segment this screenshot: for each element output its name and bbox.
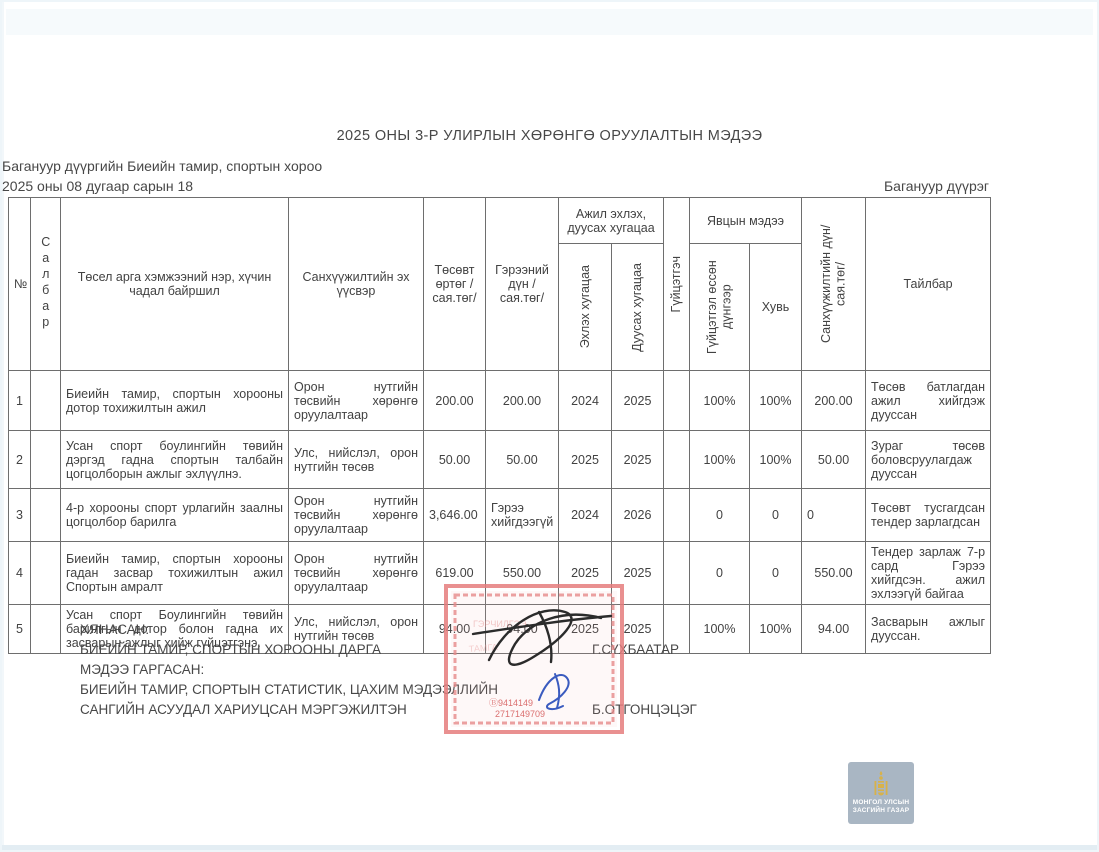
cell-cumulative: 100% (690, 431, 750, 489)
cell-sector (31, 489, 61, 542)
cell-sector (31, 542, 61, 605)
col-header-remarks: Тайлбар (866, 198, 991, 371)
cell-budget: 200.00 (424, 371, 486, 431)
cell-num: 3 (9, 489, 31, 542)
cell-contractor (664, 371, 690, 431)
cell-remarks: Засварын ажлыг дууссан. (866, 605, 991, 654)
cell-project: 4-р хорооны спорт урлагийн заалны цогцол… (61, 489, 289, 542)
cell-contractor (664, 489, 690, 542)
cell-financing: 550.00 (802, 542, 866, 605)
cell-remarks: Зураг төсөв боловсруулагдаж дууссан (866, 431, 991, 489)
cell-project: Усан спорт боулингийн төвийн дэргэд гадн… (61, 431, 289, 489)
organization-line: Багануур дүүргийн Биеийн тамир, спортын … (2, 158, 322, 174)
cell-start: 2025 (559, 542, 612, 605)
cell-funding: Орон нутгийн төсвийн хөрөнгө оруулалтаар (289, 489, 424, 542)
cell-contractor (664, 431, 690, 489)
investment-report-table: № Салбар Төсел арга хэмжээний нэр, хүчин… (8, 197, 991, 654)
col-header-percent: Хувь (750, 244, 802, 371)
government-logo: МОНГОЛ УЛСЫН ЗАСГИЙН ГАЗАР (848, 762, 914, 824)
reviewed-label: ХЯНАСАН: (80, 620, 780, 640)
col-header-start: Эхлэх хугацаа (559, 244, 612, 371)
signature-block: ХЯНАСАН: БИЕИЙН ТАМИР, СПОРТЫН ХОРООНЫ Д… (80, 620, 780, 720)
cell-funding: Улс, нийслэл, орон нутгийн төсөв (289, 431, 424, 489)
cell-financing: 50.00 (802, 431, 866, 489)
col-header-funding-source: Санхүүжилтийн эх үүсвэр (289, 198, 424, 371)
cell-remarks: Төсөвт тусгагдсан тендер зарлагдсан (866, 489, 991, 542)
cell-project: Биеийн тамир, спортын хорооны гадан засв… (61, 542, 289, 605)
cell-project: Биеийн тамир, спортын хорооны дотор тохи… (61, 371, 289, 431)
cell-sector (31, 371, 61, 431)
col-header-contractor: Гүйцэтгэч (664, 198, 690, 371)
cell-financing: 0 (802, 489, 866, 542)
col-header-financing: Санхүүжилтийн дүн/сая.төг/ (802, 198, 866, 371)
cell-start: 2024 (559, 489, 612, 542)
col-header-progress-cumulative: Гүйцэтгэл өссөн дүнгээр (690, 244, 750, 371)
scan-artifact-band (6, 9, 1093, 35)
district-label: Багануур дүүрэг (884, 178, 989, 194)
col-header-contract-amount: Гэрээний дүн /сая.төг/ (486, 198, 559, 371)
cell-percent: 100% (750, 431, 802, 489)
cell-num: 5 (9, 605, 31, 654)
cell-start: 2024 (559, 371, 612, 431)
col-header-budget-cost: Төсөвт өртөг /сая.төг/ (424, 198, 486, 371)
table-row: 2 Усан спорт боулингийн төвийн дэргэд га… (9, 431, 991, 489)
prepared-label: МЭДЭЭ ГАРГАСАН: (80, 660, 780, 680)
col-header-period-group: Ажил эхлэх, дуусах хугацаа (559, 198, 664, 244)
col-header-project: Төсел арга хэмжээний нэр, хүчин чадал ба… (61, 198, 289, 371)
cell-budget: 50.00 (424, 431, 486, 489)
cell-end: 2025 (612, 431, 664, 489)
cell-sector (31, 431, 61, 489)
cell-start: 2025 (559, 431, 612, 489)
col-header-num: № (9, 198, 31, 371)
cell-percent: 100% (750, 371, 802, 431)
cell-num: 4 (9, 542, 31, 605)
cell-contract: 200.00 (486, 371, 559, 431)
prepared-title-line1: БИЕИЙН ТАМИР, СПОРТЫН СТАТИСТИК, ЦАХИМ М… (80, 680, 780, 700)
cell-contract: Гэрээ хийгдээгүй (486, 489, 559, 542)
cell-budget: 3,646.00 (424, 489, 486, 542)
cell-budget: 619.00 (424, 542, 486, 605)
table-row: 3 4-р хорооны спорт урлагийн заалны цогц… (9, 489, 991, 542)
cell-remarks: Тендер зарлаж 7-р сард Гэрээ хийгдсэн. а… (866, 542, 991, 605)
table-row: 4 Биеийн тамир, спортын хорооны гадан за… (9, 542, 991, 605)
table-row: 1 Биеийн тамир, спортын хорооны дотор то… (9, 371, 991, 431)
cell-contract: 50.00 (486, 431, 559, 489)
cell-num: 2 (9, 431, 31, 489)
cell-cumulative: 0 (690, 489, 750, 542)
cell-funding: Орон нутгийн төсвийн хөрөнгө оруулалтаар (289, 542, 424, 605)
cell-end: 2026 (612, 489, 664, 542)
cell-funding: Орон нутгийн төсвийн хөрөнгө оруулалтаар (289, 371, 424, 431)
logo-text-line1: МОНГОЛ УЛСЫН (853, 799, 910, 807)
cell-percent: 0 (750, 542, 802, 605)
col-header-progress-group: Явцын мэдээ (690, 198, 802, 244)
cell-cumulative: 100% (690, 371, 750, 431)
col-header-sector: Салбар (31, 198, 61, 371)
logo-text-line2: ЗАСГИЙН ГАЗАР (853, 807, 910, 815)
document-title: 2025 ОНЫ 3-Р УЛИРЛЫН ХӨРӨНГӨ ОРУУЛАЛТЫН … (0, 128, 1099, 144)
prepared-name: Б.ОТГОНЦЭЦЭГ (592, 700, 697, 720)
cell-num: 1 (9, 371, 31, 431)
cell-contractor (664, 542, 690, 605)
cell-financing: 200.00 (802, 371, 866, 431)
col-header-end: Дуусах хугацаа (612, 244, 664, 371)
report-date-line: 2025 оны 08 дугаар сарын 18 (2, 178, 193, 194)
cell-sector (31, 605, 61, 654)
cell-remarks: Төсөв батлагдан ажил хийгдэж дууссан (866, 371, 991, 431)
cell-financing: 94.00 (802, 605, 866, 654)
cell-end: 2025 (612, 371, 664, 431)
cell-contract: 550.00 (486, 542, 559, 605)
soyombo-emblem-icon (873, 771, 889, 797)
cell-end: 2025 (612, 542, 664, 605)
cell-cumulative: 0 (690, 542, 750, 605)
reviewed-name: Г.СҮХБААТАР (592, 640, 679, 660)
cell-percent: 0 (750, 489, 802, 542)
